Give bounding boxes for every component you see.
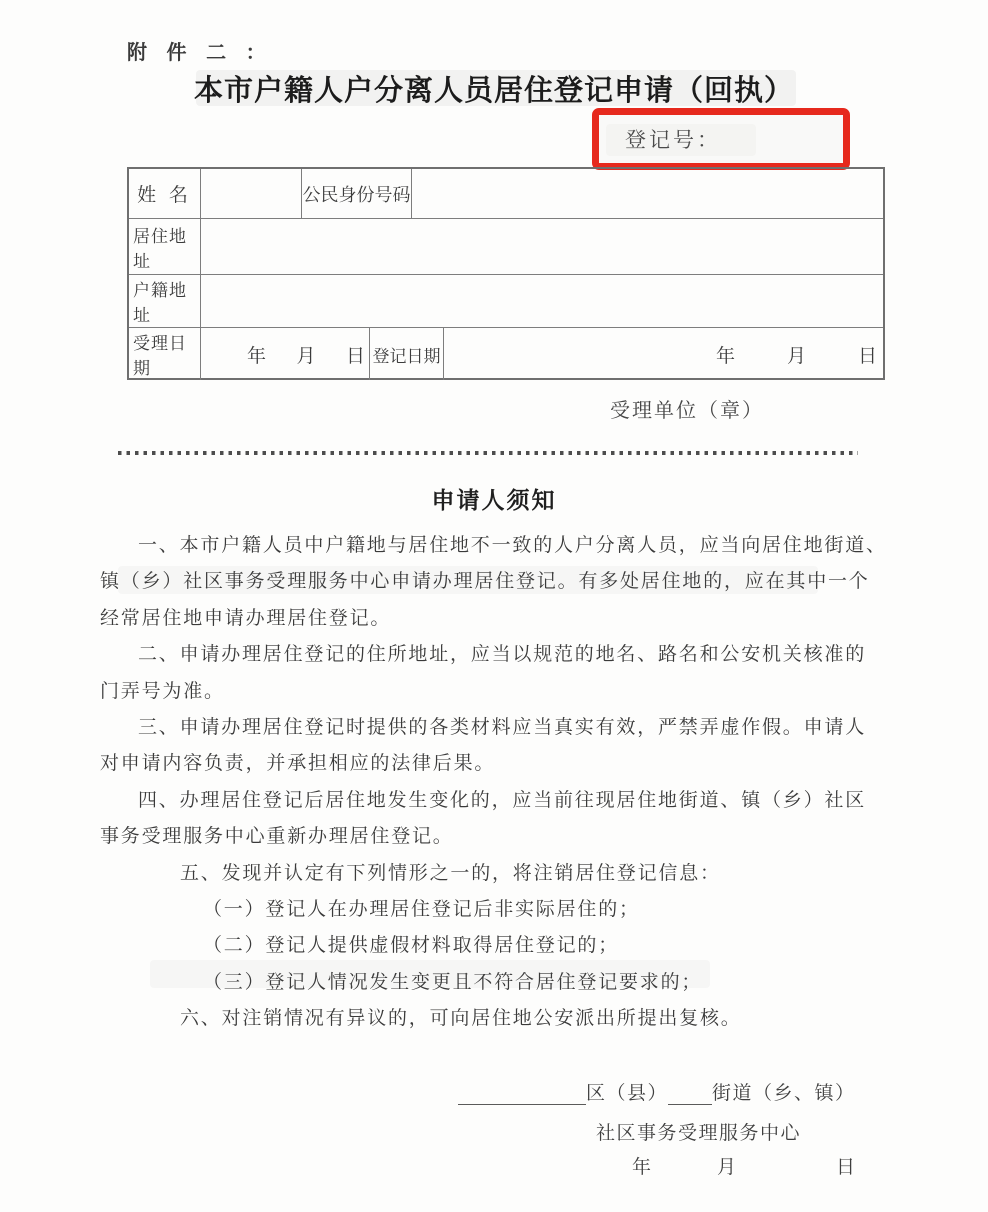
notice-line: 四、办理居住登记后居住地发生变化的，应当前往现居住地街道、镇（乡）社区	[100, 783, 900, 819]
notice-line: （一）登记人在办理居住登记后非实际居住的；	[100, 892, 900, 928]
register-date-value-cell: 年 月 日	[444, 328, 883, 380]
dotted-separator	[118, 451, 858, 455]
day-label: 日	[836, 1152, 855, 1179]
year-label: 年	[716, 341, 735, 368]
residence-address-label-cell: 居住地址	[129, 219, 201, 274]
accept-date-label-cell: 受理日期	[129, 328, 201, 380]
notice-body: 一、本市户籍人员中户籍地与居住地不一致的人户分离人员，应当向居住地街道、 镇（乡…	[100, 528, 900, 1037]
month-label: 月	[717, 1152, 736, 1179]
attachment-label: 附 件 二 ：	[127, 36, 273, 65]
registration-number-highlight-box: 登记号：	[592, 108, 850, 170]
table-row-name-id: 姓 名 公民身份号码	[129, 169, 883, 219]
accepting-unit-seal-label: 受理单位（章）	[610, 394, 764, 423]
street-label: 街道（乡、镇）	[712, 1083, 856, 1104]
notice-line: 门弄号为准。	[100, 674, 900, 710]
scanned-form-page: 附 件 二 ： 本市户籍人户分离人员居住登记申请（回执） 登记号： 姓 名 公民…	[0, 0, 988, 1212]
community-center-label: 社区事务受理服务中心	[596, 1118, 801, 1145]
notice-line: （二）登记人提供虚假材料取得居住登记的；	[100, 928, 900, 964]
year-label: 年	[247, 341, 266, 368]
notice-line: 三、申请办理居住登记时提供的各类材料应当真实有效，严禁弄虚作假。申请人	[100, 710, 900, 746]
month-label: 月	[296, 341, 315, 368]
day-label: 日	[346, 341, 365, 368]
table-row-residence-address: 居住地址	[129, 219, 883, 275]
document-title: 本市户籍人户分离人员居住登记申请（回执）	[0, 68, 988, 109]
residence-address-value-cell	[201, 219, 883, 274]
notice-line: 六、对注销情况有异议的，可向居住地公安派出所提出复核。	[100, 1001, 900, 1037]
notice-line: 镇（乡）社区事务受理服务中心申请办理居住登记。有多处居住地的，应在其中一个	[100, 564, 900, 600]
notice-line: 一、本市户籍人员中户籍地与居住地不一致的人户分离人员，应当向居住地街道、	[100, 528, 900, 564]
notice-line: 对申请内容负责，并承担相应的法律后果。	[100, 746, 900, 782]
notice-line: 二、申请办理居住登记的住所地址，应当以规范的地名、路名和公安机关核准的	[100, 637, 900, 673]
accept-date-value-cell: 年 月 日	[201, 328, 370, 380]
id-number-value-cell	[412, 169, 883, 218]
household-address-label-cell: 户籍地址	[129, 275, 201, 327]
notice-line: 事务受理服务中心重新办理居住登记。	[100, 819, 900, 855]
notice-line: 经常居住地申请办理居住登记。	[100, 601, 900, 637]
district-blank-underline	[458, 1084, 586, 1105]
footer-district-street-line: 区（县）街道（乡、镇）	[458, 1078, 856, 1105]
notice-line: （三）登记人情况发生变更且不符合居住登记要求的；	[100, 965, 900, 1001]
street-blank-underline	[668, 1084, 712, 1105]
household-address-value-cell	[201, 275, 883, 327]
registration-number-label: 登记号：	[599, 124, 721, 154]
notice-line: 五、发现并认定有下列情形之一的，将注销居住登记信息：	[100, 856, 900, 892]
applicant-info-table: 姓 名 公民身份号码 居住地址 户籍地址 受理日期 年 月 日 登记日期 年 月…	[127, 167, 885, 380]
year-label: 年	[632, 1152, 651, 1179]
table-row-household-address: 户籍地址	[129, 275, 883, 328]
name-label-cell: 姓 名	[129, 169, 201, 218]
day-label: 日	[858, 341, 877, 368]
id-number-label-cell: 公民身份号码	[302, 169, 412, 218]
notice-heading: 申请人须知	[0, 482, 988, 515]
footer-date-line: 年 月 日	[632, 1152, 856, 1179]
month-label: 月	[787, 341, 806, 368]
district-label: 区（县）	[586, 1083, 668, 1104]
name-value-cell	[201, 169, 302, 218]
table-row-dates: 受理日期 年 月 日 登记日期 年 月 日	[129, 328, 883, 380]
register-date-label-cell: 登记日期	[370, 328, 444, 380]
